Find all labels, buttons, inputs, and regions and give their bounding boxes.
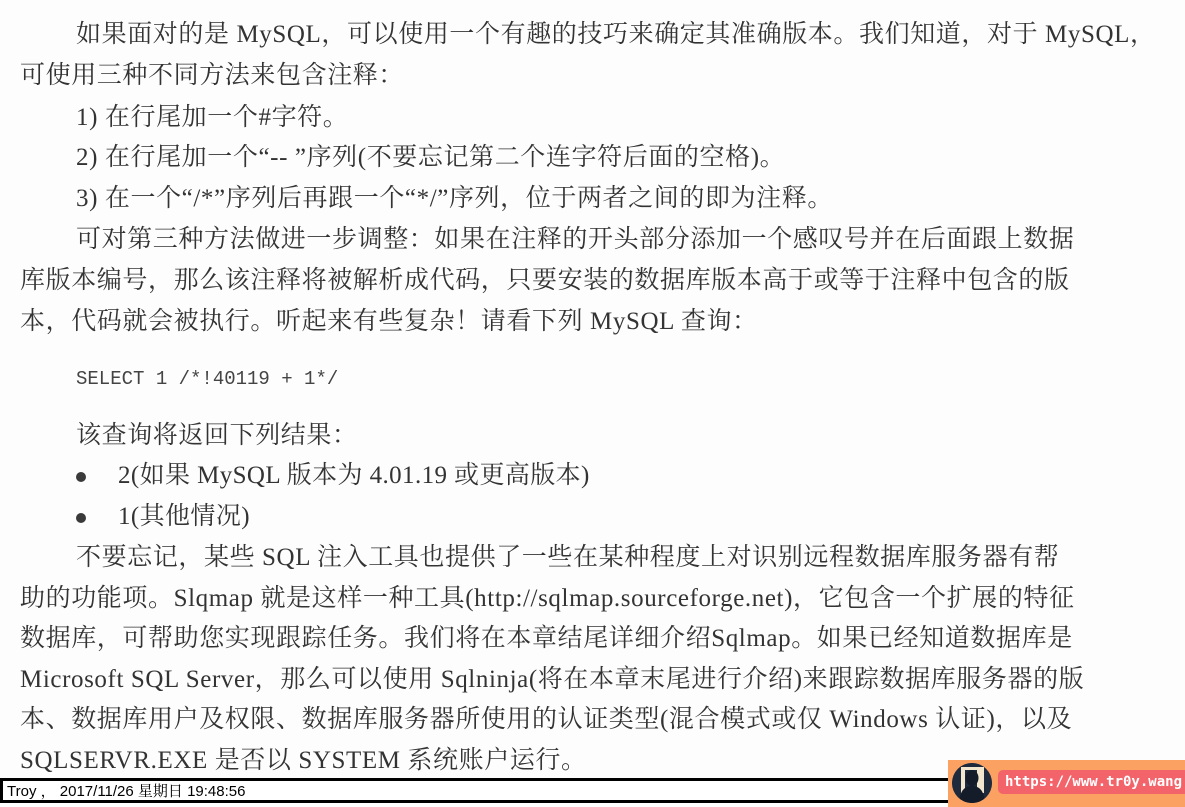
document-page: 如果面对的是 MySQL，可以使用一个有趣的技巧来确定其准确版本。我们知道，对于… bbox=[0, 0, 1185, 780]
paragraph-1-line-1: 如果面对的是 MySQL，可以使用一个有趣的技巧来确定其准确版本。我们知道，对于… bbox=[76, 20, 1156, 50]
paragraph-2-line-3: 本，代码就会被执行。听起来有些复杂！请看下列 MySQL 查询： bbox=[20, 307, 758, 337]
code-sample: SELECT 1 /*!40119 + 1*/ bbox=[76, 366, 338, 392]
paragraph-3-line-6: SQLSERVR.EXE 是否以 SYSTEM 系统账户运行。 bbox=[20, 746, 587, 776]
paragraph-2-line-1: 可对第三种方法做进一步调整：如果在注释的开头部分添加一个感叹号并在后面跟上数据 bbox=[76, 225, 1074, 255]
result-item-1: 2(如果 MySQL 版本为 4.01.19 或更高版本) bbox=[118, 461, 590, 491]
paragraph-3-line-4: Microsoft SQL Server，那么可以使用 Sqlninja(将在本… bbox=[20, 665, 1084, 695]
paragraph-3-line-1: 不要忘记，某些 SQL 注入工具也提供了一些在某种程度上对识别远程数据库服务器有… bbox=[76, 543, 1059, 573]
paragraph-2-line-2: 库版本编号，那么该注释将被解析成代码，只要安装的数据库版本高于或等于注释中包含的… bbox=[20, 266, 1070, 296]
paragraph-3-line-5: 本、数据库用户及权限、数据库服务器所使用的认证类型(混合模式或仅 Windows… bbox=[20, 705, 1072, 735]
status-bar: Troy ， 2017/11/26 星期日 19:48:56 bbox=[0, 778, 950, 803]
watermark-url: https://www.tr0y.wang bbox=[998, 770, 1185, 794]
results-intro: 该查询将返回下列结果： bbox=[76, 421, 358, 451]
bullet-icon bbox=[76, 513, 86, 523]
comment-method-2: 2) 在行尾加一个“-- ”序列(不要忘记第二个连字符后面的空格)。 bbox=[76, 143, 785, 173]
person-silhouette-icon bbox=[952, 763, 992, 803]
bullet-icon bbox=[76, 472, 86, 482]
status-bar-text: Troy ， 2017/11/26 星期日 19:48:56 bbox=[7, 783, 245, 801]
paragraph-1-line-2: 可使用三种不同方法来包含注释： bbox=[20, 61, 404, 91]
comment-method-3: 3) 在一个“/*”序列后再跟一个“*/”序列，位于两者之间的即为注释。 bbox=[76, 184, 833, 214]
comment-method-1: 1) 在行尾加一个#字符。 bbox=[76, 103, 348, 133]
paragraph-3-line-3: 数据库，可帮助您实现跟踪任务。我们将在本章结尾详细介绍Sqlmap。如果已经知道… bbox=[20, 624, 1073, 654]
watermark-badge: https://www.tr0y.wang bbox=[948, 760, 1185, 807]
paragraph-3-line-2: 助的功能项。Slqmap 就是这样一种工具(http://sqlmap.sour… bbox=[20, 584, 1075, 614]
result-item-2: 1(其他情况) bbox=[118, 502, 250, 532]
